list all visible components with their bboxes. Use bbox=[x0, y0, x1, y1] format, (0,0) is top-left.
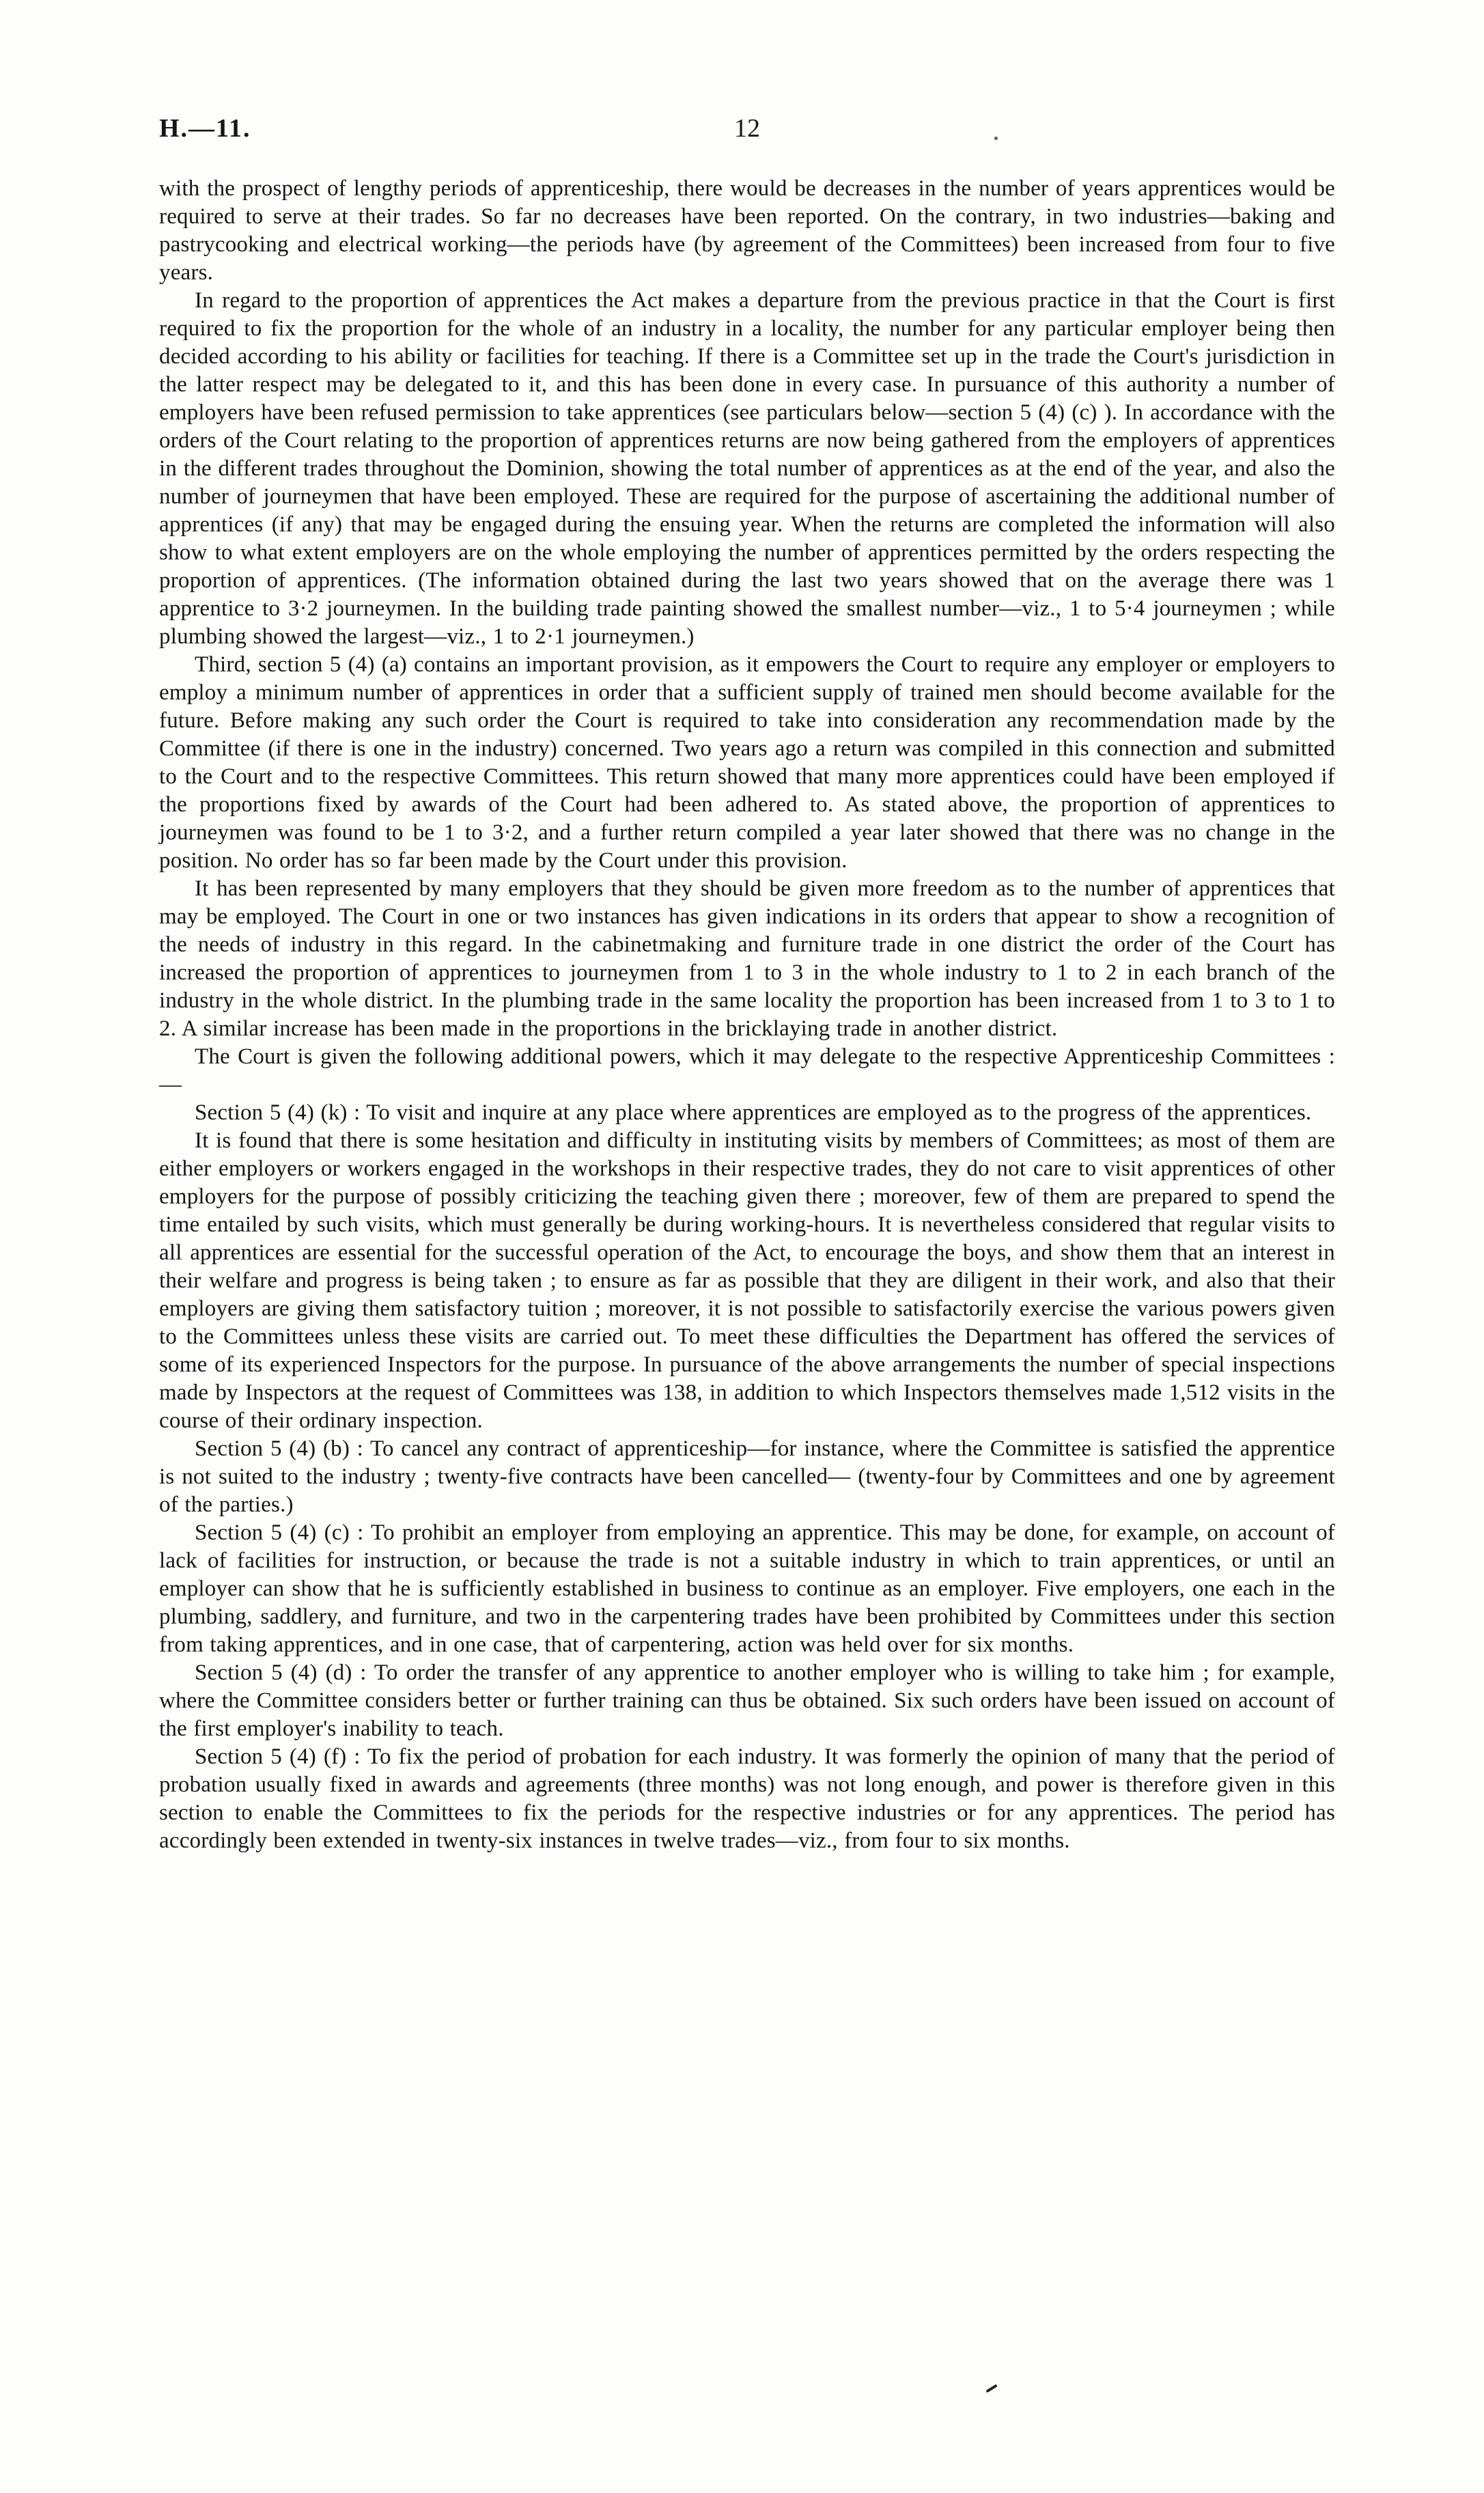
paragraph-6: Section 5 (4) (k) : To visit and inquire… bbox=[159, 1099, 1335, 1127]
page-header: H.—11. 12 bbox=[159, 113, 1335, 149]
paragraph-9: Section 5 (4) (c) : To prohibit an emplo… bbox=[159, 1519, 1335, 1659]
page-number: 12 bbox=[159, 113, 1335, 143]
paragraph-7: It is found that there is some hesitatio… bbox=[159, 1127, 1335, 1435]
paragraph-4: It has been represented by many employer… bbox=[159, 875, 1335, 1043]
body-text: with the prospect of lengthy periods of … bbox=[159, 175, 1335, 1855]
paragraph-10: Section 5 (4) (d) : To order the transfe… bbox=[159, 1659, 1335, 1743]
paragraph-8: Section 5 (4) (b) : To cancel any contra… bbox=[159, 1435, 1335, 1519]
document-page: H.—11. 12 with the prospect of lengthy p… bbox=[0, 0, 1484, 2493]
paragraph-3: Third, section 5 (4) (a) contains an imp… bbox=[159, 651, 1335, 875]
paragraph-2: In regard to the proportion of apprentic… bbox=[159, 287, 1335, 651]
ink-speck bbox=[985, 2384, 997, 2393]
paragraph-1: with the prospect of lengthy periods of … bbox=[159, 175, 1335, 287]
paragraph-5: The Court is given the following additio… bbox=[159, 1043, 1335, 1099]
ink-speck bbox=[994, 137, 998, 140]
paragraph-11: Section 5 (4) (f) : To fix the period of… bbox=[159, 1743, 1335, 1855]
